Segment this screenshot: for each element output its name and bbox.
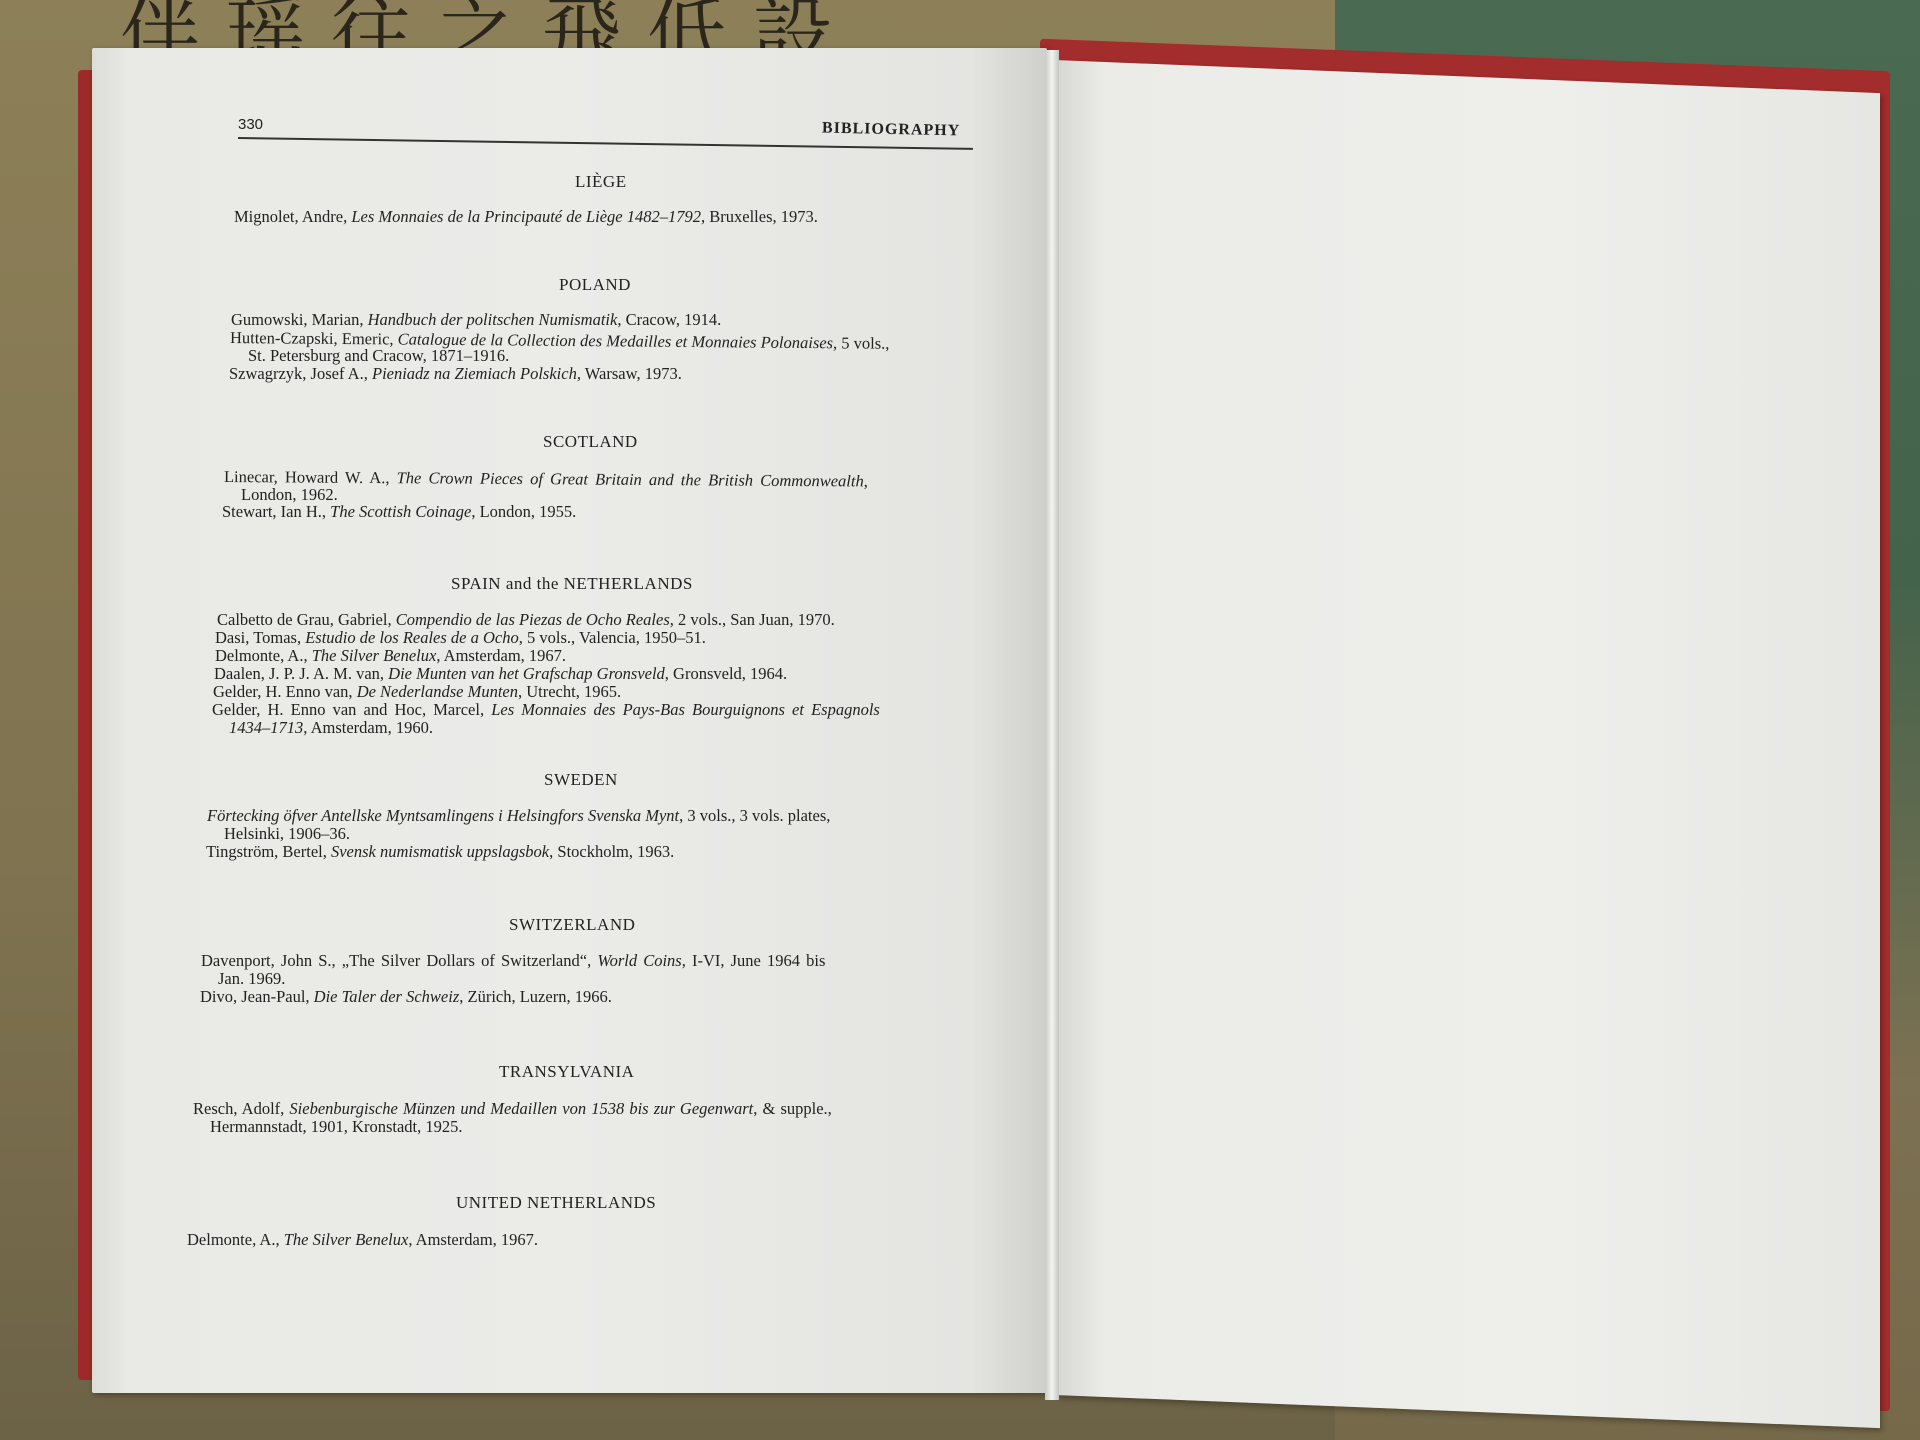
entry-author: Gelder, H. Enno van and Hoc, Marcel,	[212, 700, 491, 719]
entry-title: De Nederlandse Munten	[357, 682, 518, 701]
bibliography-entry-continuation: London, 1962.	[241, 486, 338, 503]
entry-publication: , Amsterdam, 1967.	[436, 646, 566, 665]
entry-author: Daalen, J. P. J. A. M. van,	[214, 664, 388, 683]
entry-date-range: 1434–1713	[229, 718, 303, 737]
entry-publication: , Utrecht, 1965.	[518, 682, 621, 701]
entry-publication: , Stockholm, 1963.	[549, 842, 674, 861]
entry-publication: , & supple.,	[753, 1099, 832, 1118]
book-gutter	[1045, 50, 1059, 1400]
bibliography-entry: Szwagrzyk, Josef A., Pieniadz na Ziemiac…	[229, 365, 682, 382]
running-head: BIBLIOGRAPHY	[822, 120, 961, 141]
section-heading-united-netherlands: UNITED NETHERLANDS	[456, 1193, 656, 1213]
bibliography-entry: Stewart, Ian H., The Scottish Coinage, L…	[222, 503, 576, 520]
entry-author: Divo, Jean-Paul,	[200, 987, 314, 1006]
entry-publication: , Cracow, 1914.	[617, 310, 721, 329]
entry-publication: , Gronsveld, 1964.	[665, 664, 787, 683]
bibliography-entry: Resch, Adolf, Siebenburgische Münzen und…	[193, 1100, 832, 1117]
entry-title: Les Monnaies de la Principauté de Liège …	[351, 207, 701, 226]
entry-title: The Silver Benelux	[284, 1230, 409, 1249]
entry-author: Mignolet, Andre,	[234, 207, 351, 226]
bibliography-entry-continuation: Helsinki, 1906–36.	[224, 825, 350, 842]
bibliography-entry: Gumowski, Marian, Handbuch der politsche…	[231, 311, 721, 328]
entry-author: Delmonte, A.,	[215, 646, 312, 665]
bibliography-entry: Tingström, Bertel, Svensk numismatisk up…	[206, 843, 674, 860]
entry-author: Szwagrzyk, Josef A.,	[229, 364, 372, 383]
entry-publication: ,	[864, 471, 868, 490]
bibliography-entry-continuation: Hermannstadt, 1901, Kronstadt, 1925.	[210, 1118, 463, 1135]
page-number: 330	[238, 116, 263, 133]
entry-title: Pieniadz na Ziemiach Polskich	[372, 364, 577, 383]
entry-publication: , Warsaw, 1973.	[577, 364, 682, 383]
entry-title: Förtecking öfver Antellske Myntsamlingen…	[207, 806, 679, 825]
entry-author: Stewart, Ian H.,	[222, 502, 330, 521]
entry-publication: , 5 vols., Valencia, 1950–51.	[519, 628, 706, 647]
section-heading-spain-netherlands: SPAIN and the NETHERLANDS	[451, 574, 693, 594]
entry-author: Dasi, Tomas,	[215, 628, 305, 647]
bibliography-entry: Daalen, J. P. J. A. M. van, Die Munten v…	[214, 665, 787, 682]
bibliography-entry-continuation: St. Petersburg and Cracow, 1871–1916.	[248, 347, 509, 364]
bibliography-entry: Delmonte, A., The Silver Benelux, Amster…	[215, 647, 566, 664]
entry-author: Gelder, H. Enno van,	[213, 682, 357, 701]
entry-publication: , 3 vols., 3 vols. plates,	[679, 806, 830, 825]
bibliography-entry: Davenport, John S., „The Silver Dollars …	[201, 952, 825, 969]
entry-publication: , 5 vols.,	[833, 333, 890, 352]
entry-title: Die Taler der Schweiz	[314, 987, 460, 1006]
entry-title: Compendio de las Piezas de Ocho Reales	[396, 610, 670, 629]
entry-title: Handbuch der politschen Numismatik	[368, 310, 618, 329]
section-heading-transylvania: TRANSYLVANIA	[499, 1062, 634, 1082]
entry-title: The Crown Pieces of Great Britain and th…	[397, 468, 864, 490]
entry-author: Davenport, John S., „The Silver Dollars …	[201, 951, 597, 970]
bibliography-entry: Förtecking öfver Antellske Myntsamlingen…	[207, 807, 830, 824]
entry-publication: , London, 1955.	[471, 502, 576, 521]
entry-title: The Silver Benelux	[312, 646, 437, 665]
entry-publication: , I-VI, June 1964 bis	[682, 951, 826, 970]
section-heading-sweden: SWEDEN	[544, 770, 618, 790]
entry-publication: , Zürich, Luzern, 1966.	[459, 987, 612, 1006]
bibliography-entry: Gelder, H. Enno van, De Nederlandse Munt…	[213, 683, 621, 700]
bibliography-entry: Calbetto de Grau, Gabriel, Compendio de …	[217, 611, 835, 628]
bibliography-entry: Gelder, H. Enno van and Hoc, Marcel, Les…	[212, 701, 880, 718]
entry-title: The Scottish Coinage	[330, 502, 471, 521]
entry-author: Resch, Adolf,	[193, 1099, 289, 1118]
entry-title: Estudio de los Reales de a Ocho	[305, 628, 519, 647]
section-heading-switzerland: SWITZERLAND	[509, 915, 635, 935]
bibliography-entry-continuation: 1434–1713, Amsterdam, 1960.	[229, 719, 433, 736]
entry-author: Calbetto de Grau, Gabriel,	[217, 610, 396, 629]
entry-publication: , 2 vols., San Juan, 1970.	[670, 610, 835, 629]
blank-right-page	[1055, 60, 1880, 1428]
entry-title: Svensk numismatisk uppslagsbok	[331, 842, 549, 861]
entry-title: Les Monnaies des Pays-Bas Bourguignons e…	[491, 700, 880, 719]
bibliography-entry: Dasi, Tomas, Estudio de los Reales de a …	[215, 629, 706, 646]
entry-title: World Coins	[597, 951, 681, 970]
entry-title: Siebenburgische Münzen und Medaillen von…	[289, 1099, 753, 1118]
section-heading-poland: POLAND	[559, 275, 631, 295]
entry-title: Die Munten van het Grafschap Gronsveld	[388, 664, 665, 683]
bibliography-entry: Mignolet, Andre, Les Monnaies de la Prin…	[234, 208, 818, 225]
section-heading-liege: LIÈGE	[575, 172, 627, 192]
entry-author: Tingström, Bertel,	[206, 842, 331, 861]
entry-publication: , Bruxelles, 1973.	[701, 207, 818, 226]
entry-author: Delmonte, A.,	[187, 1230, 284, 1249]
entry-publication: , Amsterdam, 1967.	[408, 1230, 538, 1249]
bibliography-entry-continuation: Jan. 1969.	[218, 970, 285, 987]
entry-publication: , Amsterdam, 1960.	[303, 718, 433, 737]
section-heading-scotland: SCOTLAND	[543, 432, 638, 452]
bibliography-entry: Divo, Jean-Paul, Die Taler der Schweiz, …	[200, 988, 612, 1005]
entry-author: Gumowski, Marian,	[231, 310, 368, 329]
bibliography-entry: Delmonte, A., The Silver Benelux, Amster…	[187, 1231, 538, 1248]
